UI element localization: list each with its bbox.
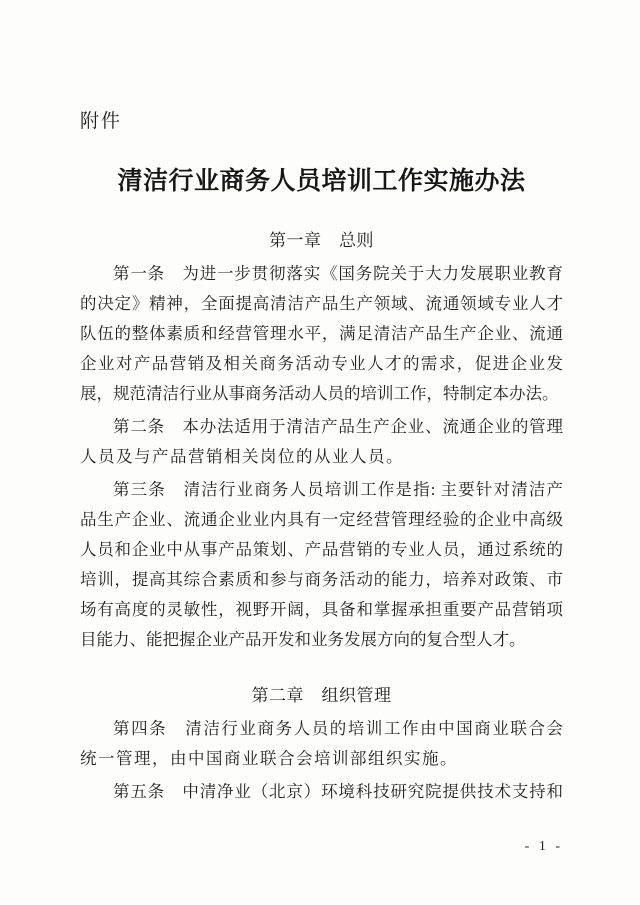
paragraph-line: 的决定》精神，全面提高清洁产品生产领域、流通领域专业人才 [80,289,563,319]
paragraph-line: 第一条 为进一步贯彻落实《国务院关于大力发展职业教育 [80,259,563,289]
attachment-label: 附件 [80,110,563,134]
paragraph-line: 统一管理，由中国商业联合会培训部组织实施。 [80,744,563,774]
paragraph-line: 队伍的整体素质和经营管理水平，满足清洁产品生产企业、流通 [80,319,563,349]
document-page: 附件 清洁行业商务人员培训工作实施办法 第一章 总则第一条 为进一步贯彻落实《国… [0,0,640,905]
paragraph-line: 第三条 清洁行业商务人员培训工作是指: 主要针对清洁产 [80,475,563,505]
paragraph-line: 人员及与产品营销相关岗位的从业人员。 [80,442,563,472]
paragraph: 第五条 中清净业（北京）环境科技研究院提供技术支持和 [80,777,563,807]
paragraph-line: 目能力、能把握企业产品开发和业务发展方向的复合型人才。 [80,625,563,655]
paragraph: 第三条 清洁行业商务人员培训工作是指: 主要针对清洁产品生产企业、流通企业业内具… [80,475,563,655]
chapter-heading: 第一章 总则 [80,226,563,256]
document-title: 清洁行业商务人员培训工作实施办法 [80,164,563,200]
paragraph-line: 第二条 本办法适用于清洁产品生产企业、流通企业的管理 [80,412,563,442]
paragraph-line: 第五条 中清净业（北京）环境科技研究院提供技术支持和 [80,777,563,807]
paragraph-line: 品生产企业、流通企业业内具有一定经营管理经验的企业中高级 [80,505,563,535]
paragraph-line: 企业对产品营销及相关商务活动专业人才的需求，促进企业发 [80,349,563,379]
paragraph: 第四条 清洁行业商务人员的培训工作由中国商业联合会统一管理，由中国商业联合会培训… [80,714,563,774]
paragraph-line: 培训，提高其综合素质和参与商务活动的能力，培养对政策、市 [80,565,563,595]
chapter-heading: 第二章 组织管理 [80,681,563,711]
paragraph-line: 第四条 清洁行业商务人员的培训工作由中国商业联合会 [80,714,563,744]
paragraph: 第二条 本办法适用于清洁产品生产企业、流通企业的管理人员及与产品营销相关岗位的从… [80,412,563,472]
paragraph-line: 展，规范清洁行业从事商务活动人员的培训工作，特制定本办法。 [80,379,563,409]
paragraph: 第一条 为进一步贯彻落实《国务院关于大力发展职业教育的决定》精神，全面提高清洁产… [80,259,563,409]
document-body: 第一章 总则第一条 为进一步贯彻落实《国务院关于大力发展职业教育的决定》精神，全… [80,226,563,807]
paragraph-line: 人员和企业中从事产品策划、产品营销的专业人员，通过系统的 [80,535,563,565]
page-number: - 1 - [80,837,563,857]
paragraph-line: 场有高度的灵敏性，视野开阔，具备和掌握承担重要产品营销项 [80,595,563,625]
